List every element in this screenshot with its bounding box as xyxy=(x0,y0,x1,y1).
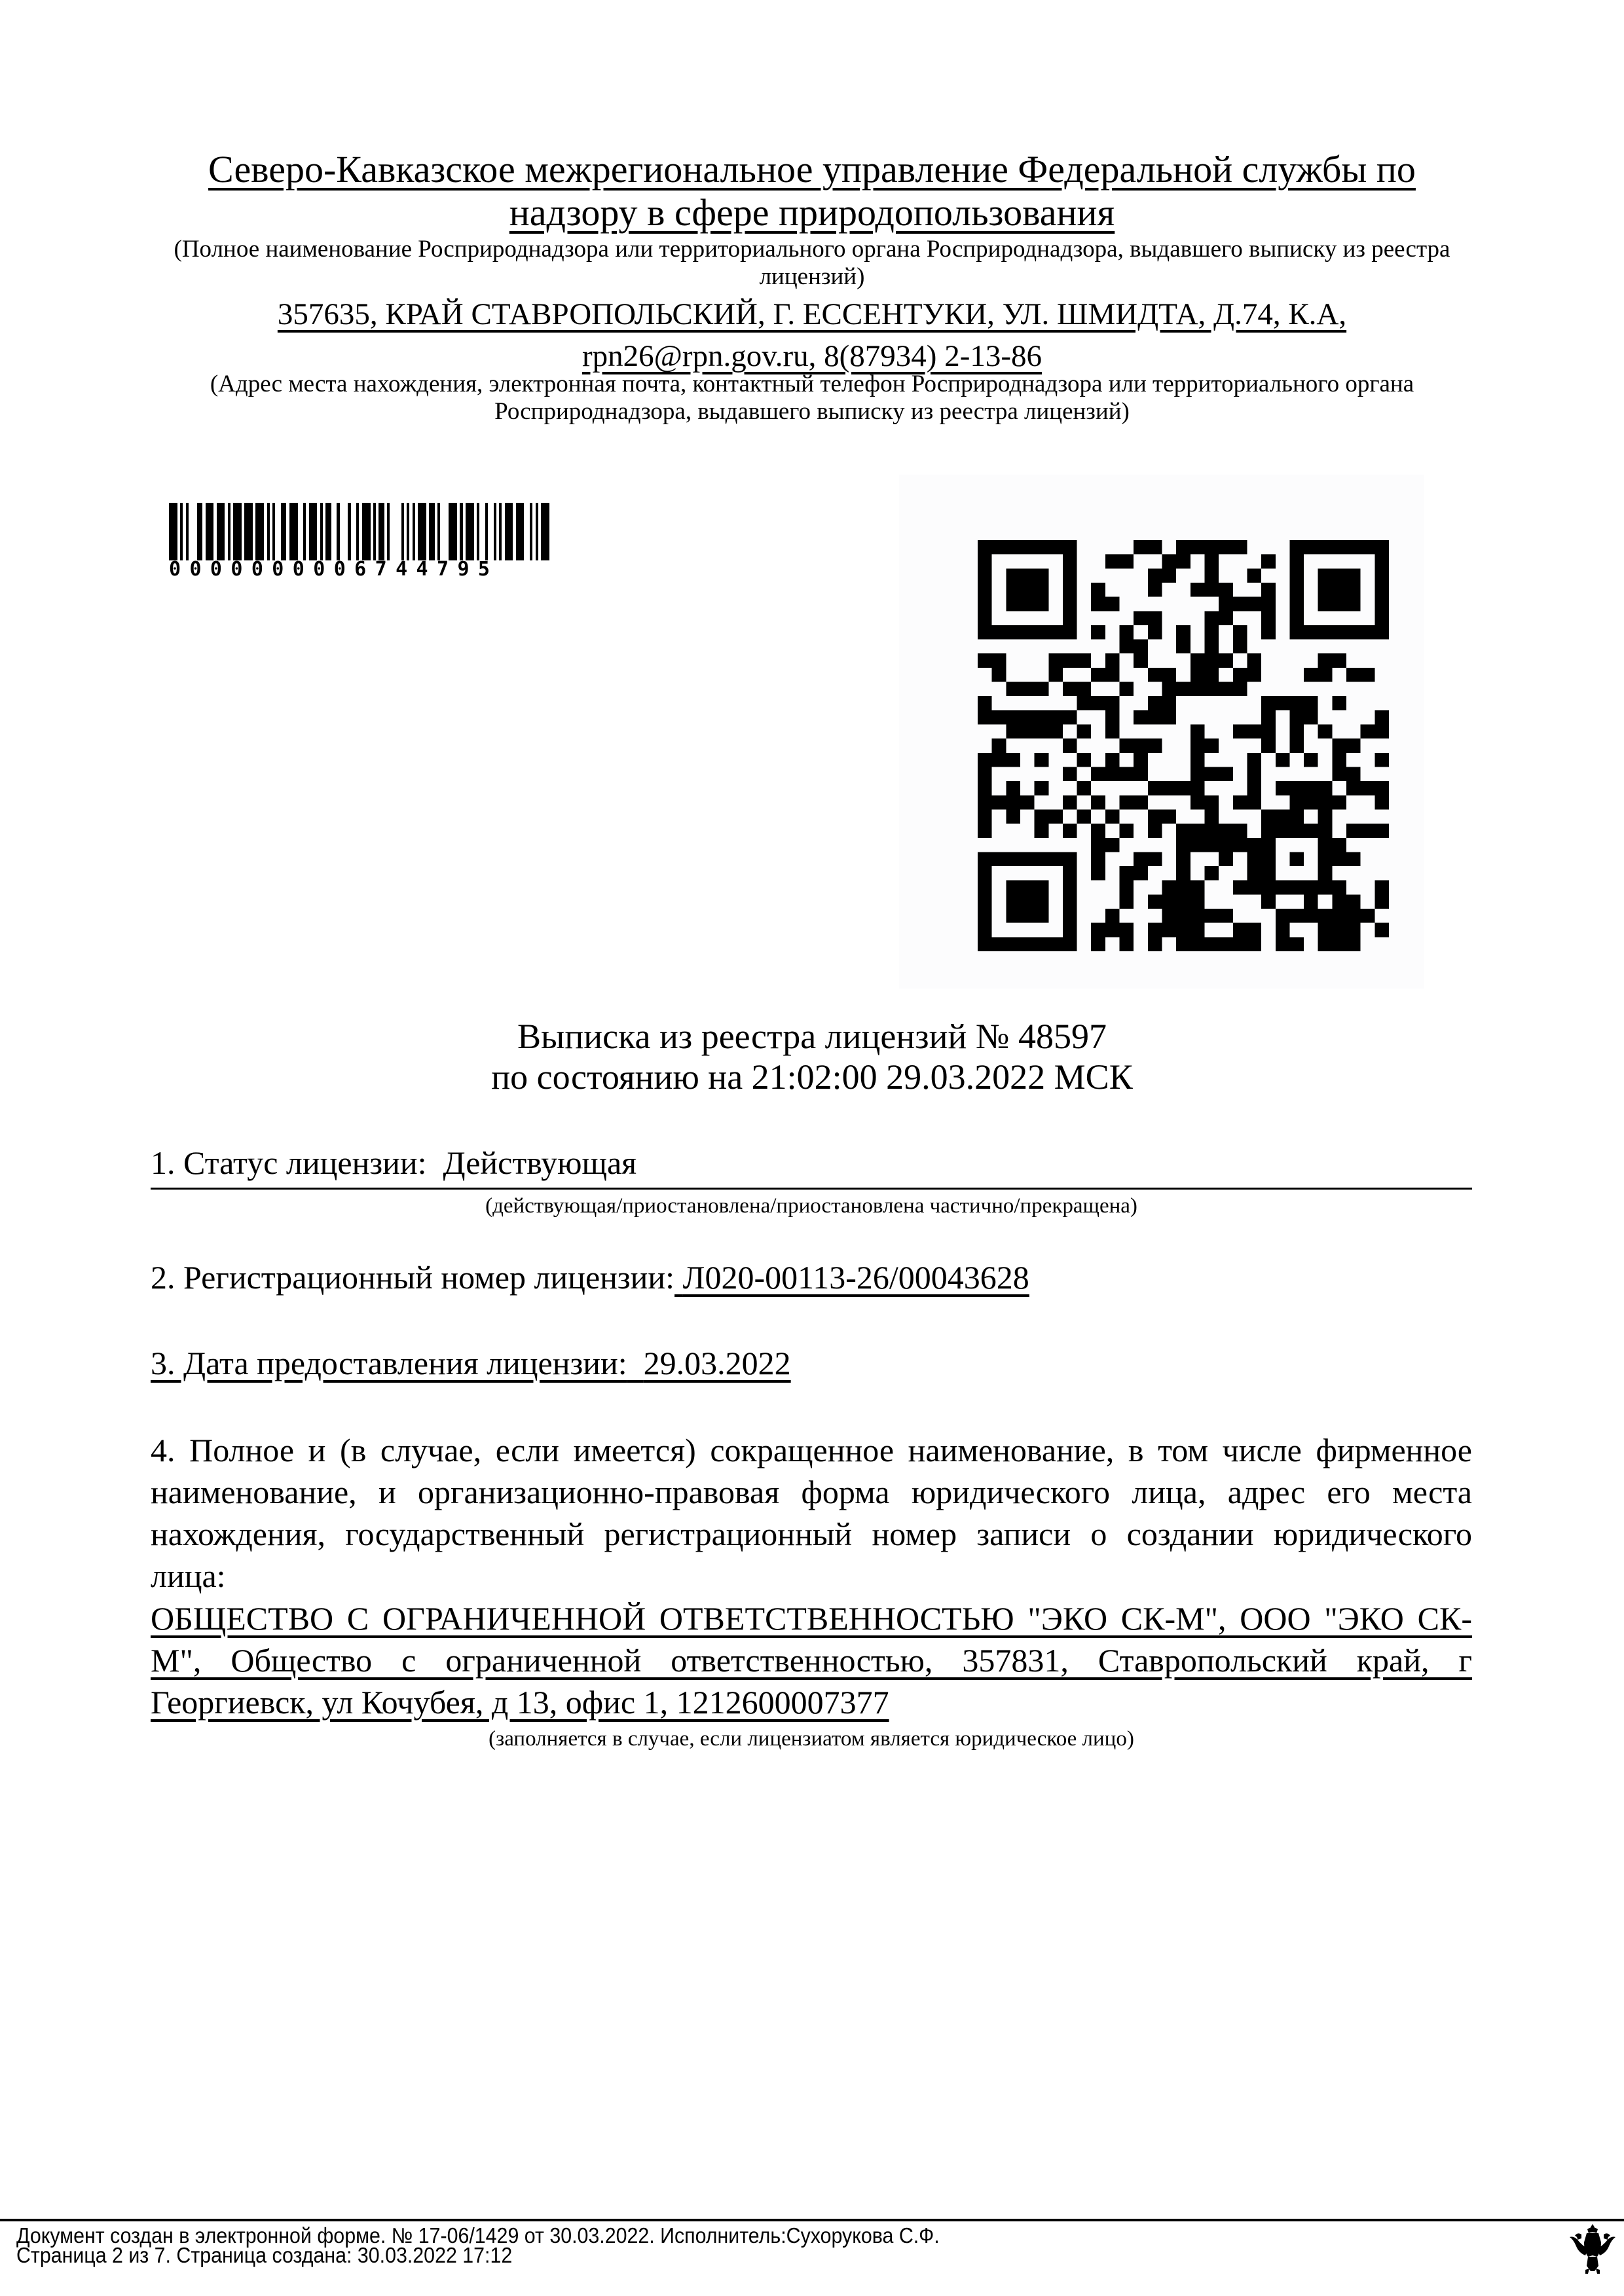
license-status-field: 1. Статус лицензии: Действующая xyxy=(151,1143,1472,1190)
company-description: 4. Полное и (в случае, если имеется) сок… xyxy=(151,1429,1472,1597)
registration-number-label: 2. Регистрационный номер лицензии: xyxy=(151,1259,674,1296)
qr-code-icon xyxy=(978,540,1389,951)
grant-date-field: 3. Дата предоставления лицензии: 29.03.2… xyxy=(151,1343,1472,1383)
company-caption: (заполняется в случае, если лицензиатом … xyxy=(151,1726,1472,1752)
footer-page-info: Страница 2 из 7. Страница создана: 30.03… xyxy=(16,2246,940,2265)
barcode: 0000000006744795 xyxy=(169,503,550,581)
registration-number-value: Л020-00113-26/00043628 xyxy=(683,1259,1029,1296)
grant-date-label: 3. Дата предоставления лицензии: xyxy=(151,1345,627,1381)
agency-contacts-line: rpn26@rpn.gov.ru, 8(87934) 2-13-86 xyxy=(582,339,1042,373)
license-status-value: Действующая xyxy=(443,1144,637,1181)
agency-name: Северо-Кавказское межрегиональное управл… xyxy=(0,148,1624,234)
grant-date-value: 29.03.2022 xyxy=(644,1345,791,1381)
extract-title-number: Выписка из реестра лицензий № 48597 xyxy=(0,1016,1624,1057)
license-status-caption: (действующая/приостановлена/приостановле… xyxy=(151,1193,1472,1219)
agency-address-line1: 357635, КРАЙ СТАВРОПОЛЬСКИЙ, Г. ЕССЕНТУК… xyxy=(278,297,1346,331)
agency-name-line2: надзору в сфере природопользования xyxy=(509,191,1115,234)
registration-number-field: 2. Регистрационный номер лицензии: Л020-… xyxy=(151,1258,1472,1297)
double-headed-eagle-emblem-icon xyxy=(1567,2223,1618,2278)
footer-text: Документ создан в электронной форме. № 1… xyxy=(16,2226,940,2265)
agency-name-line1: Северо-Кавказское межрегиональное управл… xyxy=(208,148,1416,191)
agency-name-caption: (Полное наименование Росприроднадзора ил… xyxy=(151,236,1473,291)
barcode-bars xyxy=(169,503,550,560)
agency-address-caption: (Адрес места нахождения, электронная поч… xyxy=(151,371,1473,426)
barcode-number: 0000000006744795 xyxy=(169,558,550,581)
license-status-label: 1. Статус лицензии: xyxy=(151,1144,427,1181)
company-value: ОБЩЕСТВО С ОГРАНИЧЕННОЙ ОТВЕТСТВЕННОСТЬЮ… xyxy=(151,1600,1472,1721)
company-value-field: ОБЩЕСТВО С ОГРАНИЧЕННОЙ ОТВЕТСТВЕННОСТЬЮ… xyxy=(151,1597,1472,1723)
agency-address: 357635, КРАЙ СТАВРОПОЛЬСКИЙ, Г. ЕССЕНТУК… xyxy=(0,293,1624,377)
extract-title-date: по состоянию на 21:02:00 29.03.2022 МСК xyxy=(0,1057,1624,1097)
footer-divider xyxy=(0,2219,1624,2221)
extract-title: Выписка из реестра лицензий № 48597 по с… xyxy=(0,1016,1624,1097)
qr-code-box xyxy=(899,475,1424,989)
